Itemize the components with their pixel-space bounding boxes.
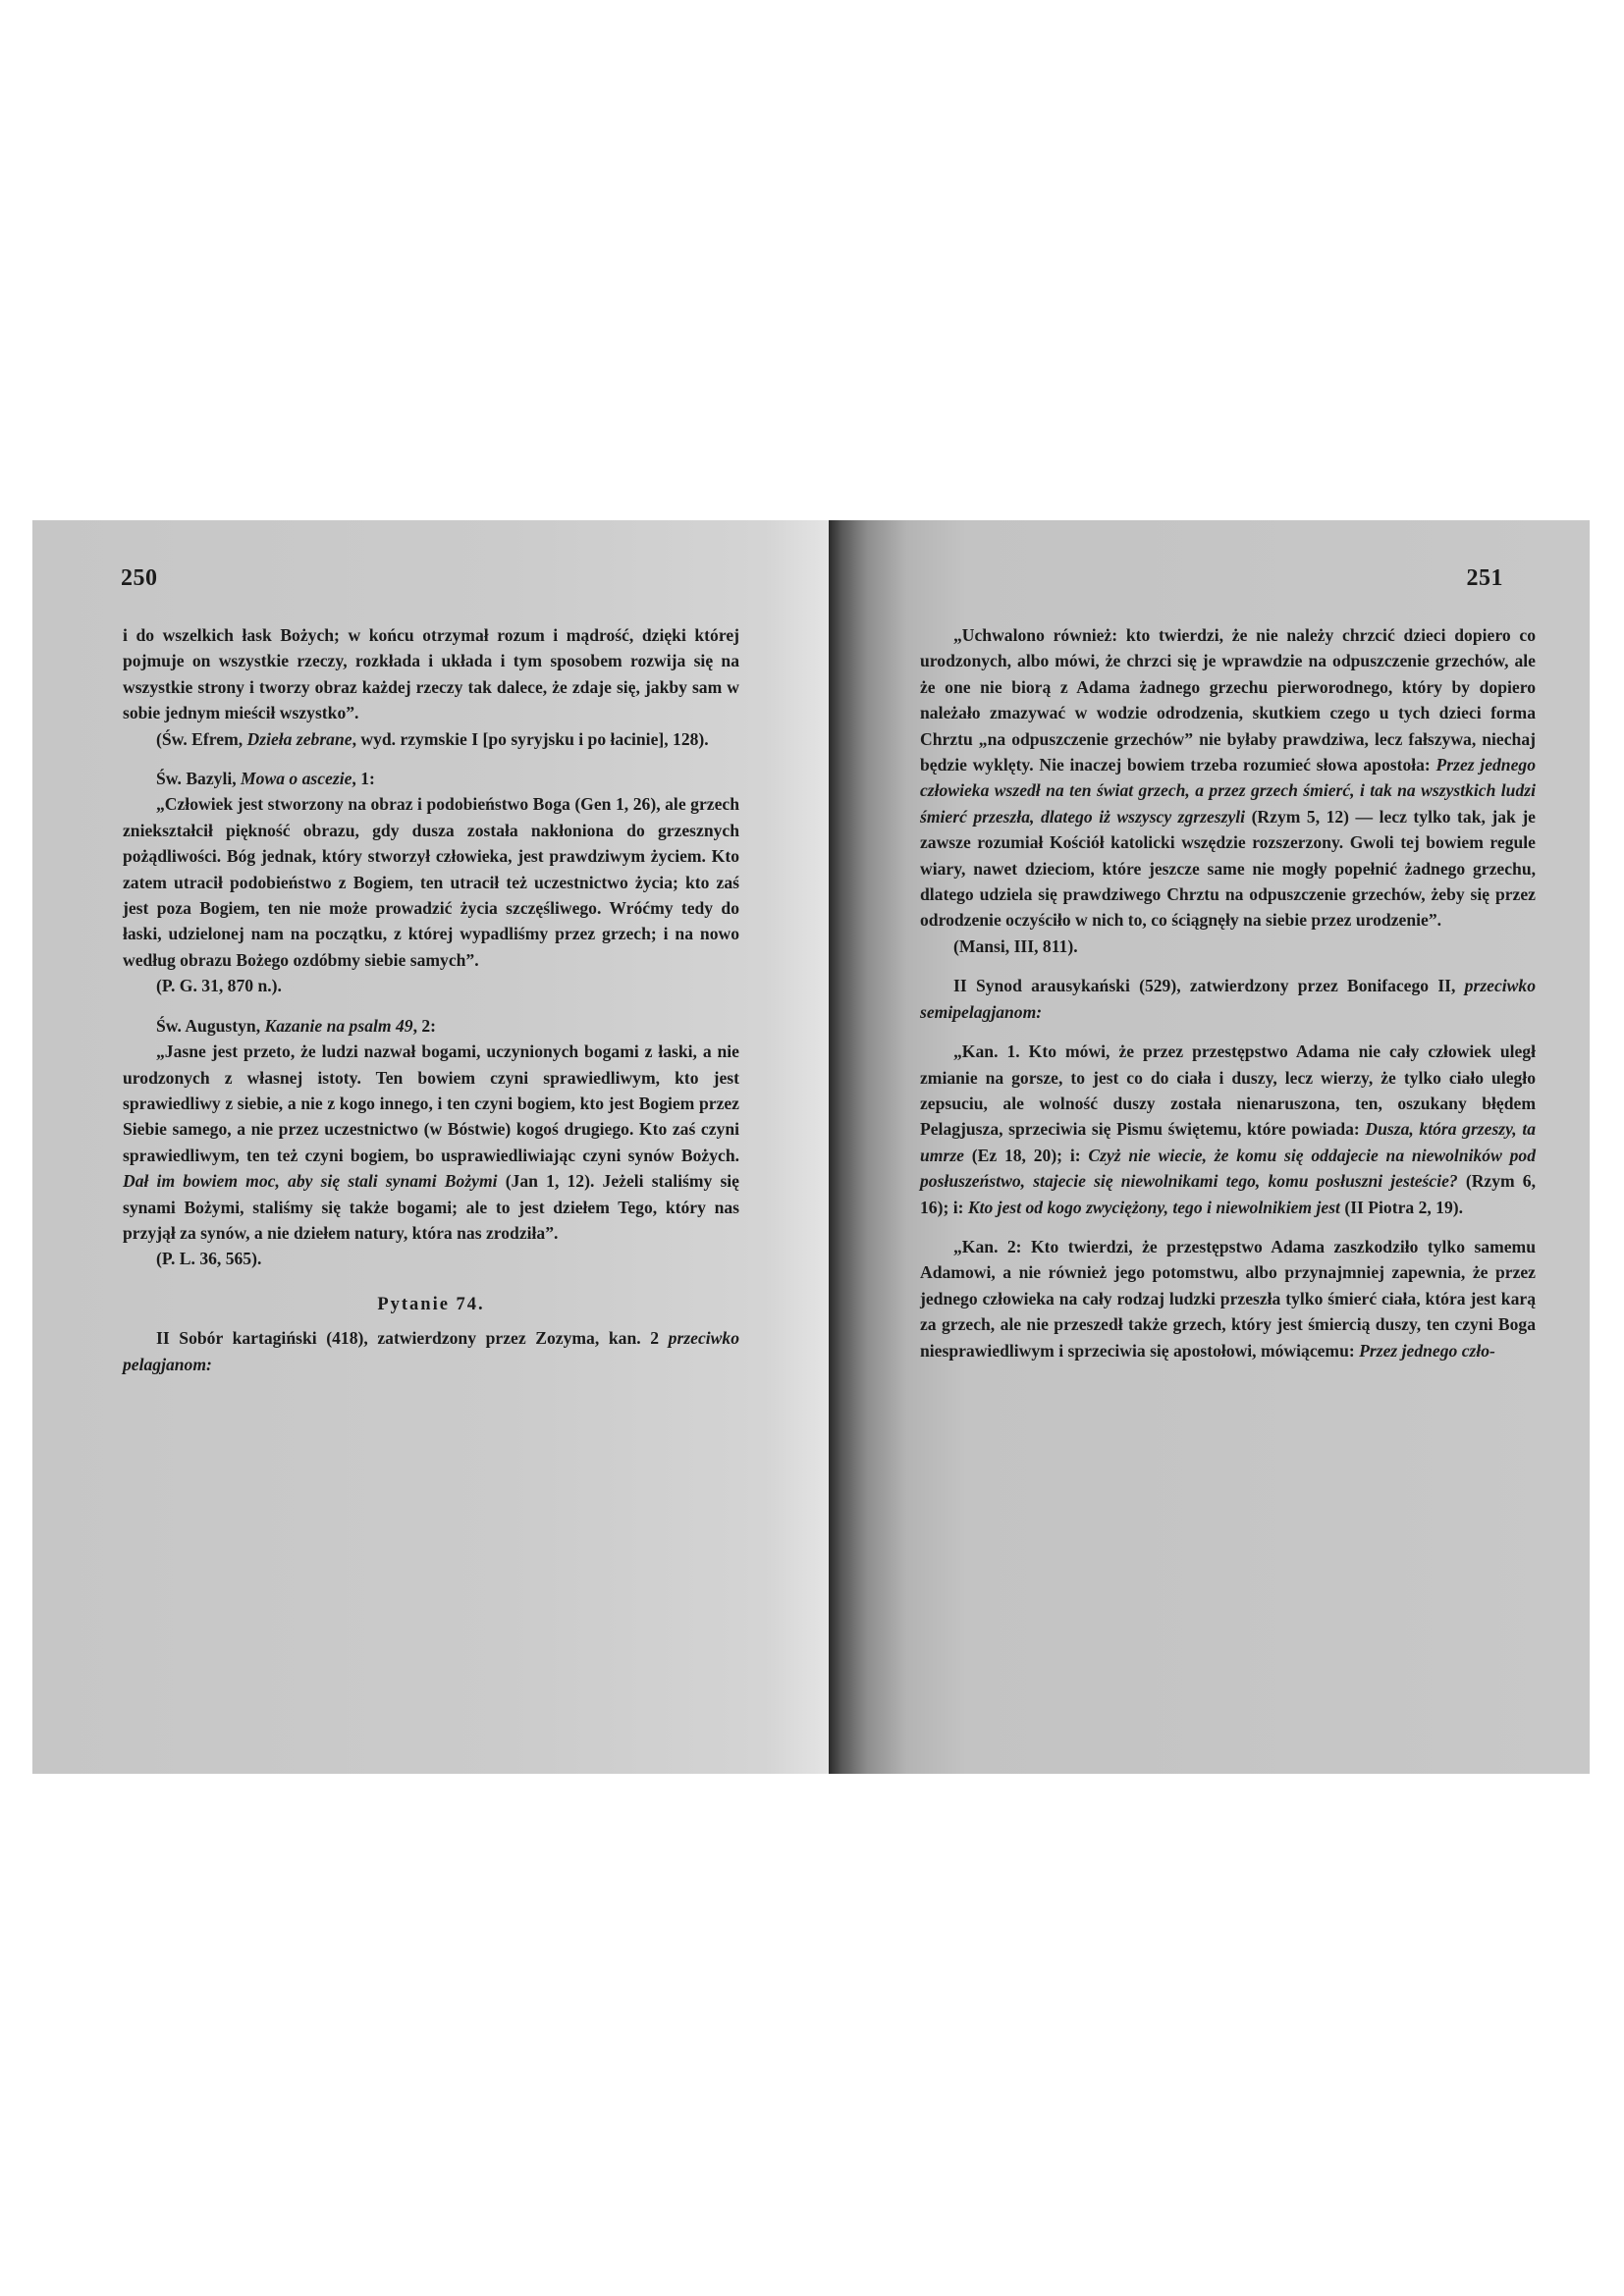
quotation: „Kan. 1. Kto mówi, że przez przestępstwo… — [920, 1039, 1536, 1220]
right-page-body: „Uchwalono również: kto twierdzi, że nie… — [920, 622, 1536, 1363]
source-heading: II Synod arausykański (529), zatwierdzon… — [920, 973, 1536, 1025]
citation: (P. L. 36, 565). — [123, 1246, 739, 1271]
quotation: „Uchwalono również: kto twierdzi, że nie… — [920, 622, 1536, 934]
paragraph: i do wszelkich łask Bożych; w końcu otrz… — [123, 622, 739, 726]
left-page: 250 i do wszelkich łask Bożych; w końcu … — [32, 520, 829, 1774]
section-heading: Pytanie 74. — [123, 1292, 739, 1317]
citation: (Mansi, III, 811). — [920, 934, 1536, 959]
quotation: „Kan. 2: Kto twierdzi, że przestępstwo A… — [920, 1234, 1536, 1363]
left-page-body: i do wszelkich łask Bożych; w końcu otrz… — [123, 622, 739, 1377]
page-number-right: 251 — [1467, 565, 1504, 592]
quotation: „Jasne jest przeto, że ludzi nazwał boga… — [123, 1039, 739, 1246]
citation: (Św. Efrem, Dzieła zebrane, wyd. rzymski… — [123, 726, 739, 752]
source-heading: Św. Bazyli, Mowa o ascezie, 1: — [123, 766, 739, 791]
citation: (P. G. 31, 870 n.). — [123, 973, 739, 998]
page-number-left: 250 — [121, 565, 158, 592]
quotation: „Człowiek jest stworzony na obraz i podo… — [123, 791, 739, 973]
source-heading: II Sobór kartagiński (418), zatwierdzony… — [123, 1325, 739, 1377]
book-scan-spread: 250 i do wszelkich łask Bożych; w końcu … — [32, 520, 1590, 1774]
source-heading: Św. Augustyn, Kazanie na psalm 49, 2: — [123, 1013, 739, 1039]
right-page: 251 „Uchwalono również: kto twierdzi, że… — [829, 520, 1590, 1774]
